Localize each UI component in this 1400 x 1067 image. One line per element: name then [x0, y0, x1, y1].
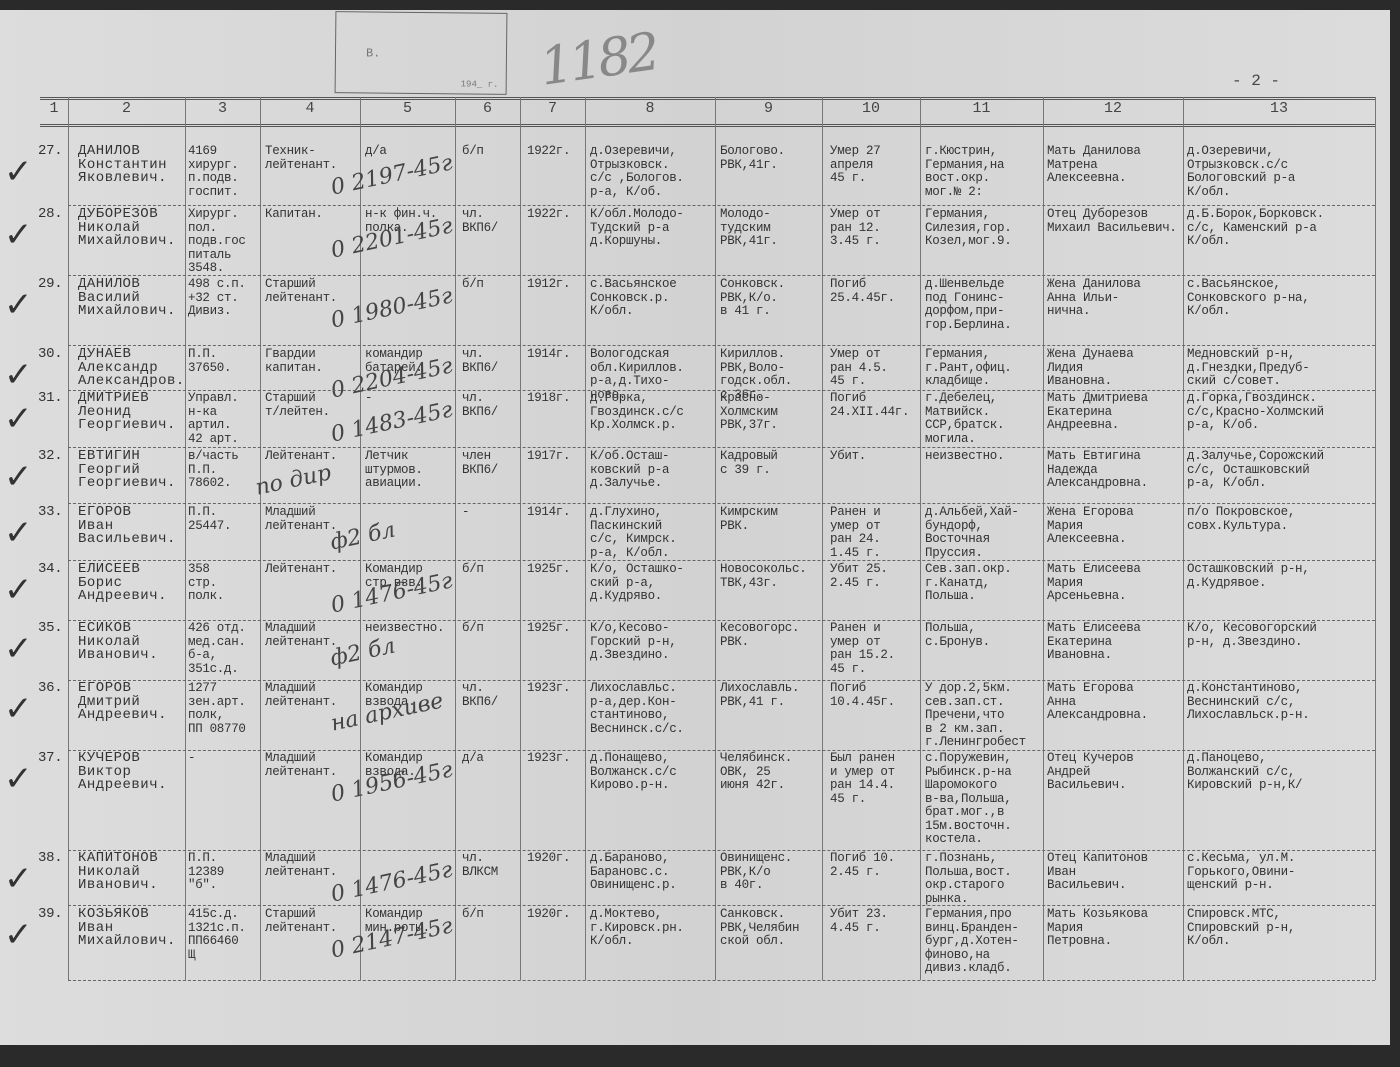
unit-cell: П.П. 37650. — [188, 348, 263, 375]
unit-cell: П.П. 12389 "б". — [188, 852, 263, 893]
birth-year-cell: 1922г. — [527, 208, 585, 222]
draft-office-cell: Лихославль. РВК,41 г. — [720, 682, 822, 709]
check-mark-icon: ✓ — [4, 692, 33, 726]
birthplace-cell: д.Глухино, Паскинский с/с, Кимрск. р-а, … — [590, 506, 718, 560]
party-cell: чл. ВКП6/ — [462, 682, 520, 709]
draft-office-cell: Кадровый с 39 г. — [720, 450, 822, 477]
name-cell: КОЗЬЯКОВ Иван Михайлович. — [78, 908, 188, 949]
birth-year-cell: 1925г. — [527, 622, 585, 636]
birthplace-cell: К/обл.Молодо- Тудский р-а д.Коршуны. — [590, 208, 718, 249]
fate-cell: Погиб 10. 2.45 г. — [830, 852, 922, 879]
check-mark-icon: ✓ — [4, 762, 33, 796]
relative-cell: Мать Елисеева Екатерина Ивановна. — [1047, 622, 1185, 663]
name-cell: КУЧЕРОВ Виктор Андреевич. — [78, 752, 188, 793]
birthplace-cell: д.Горка, Гвоздинск.с/с Кр.Холмск.р. — [590, 392, 718, 433]
birth-year-cell: 1923г. — [527, 752, 585, 766]
fate-cell: Умер от ран 12. 3.45 г. — [830, 208, 922, 249]
party-cell: б/п — [462, 908, 520, 922]
fate-cell: Ранен и умер от ран 15.2. 45 г. — [830, 622, 922, 676]
relative-cell: Мать Дмитриева Екатерина Андреевна. — [1047, 392, 1185, 433]
fate-cell: Умер от ран 4.5. 45 г. — [830, 348, 922, 389]
burial-cell: Германия, Силезия,гор. Козел,мог.9. — [925, 208, 1045, 249]
draft-office-cell: Челябинск. ОВК, 25 июня 42г. — [720, 752, 822, 793]
party-cell: - — [462, 506, 520, 520]
rank-cell: Старший лейтенант. — [265, 908, 360, 935]
col-divider — [455, 97, 456, 980]
birthplace-cell: К/о,Кесово- Горский р-н, д.Звездино. — [590, 622, 718, 663]
name-cell: КАПИТОНОВ Николай Иванович. — [78, 852, 188, 893]
address-cell: Медновский р-н, д.Гнездки,Предуб- ский с… — [1187, 348, 1377, 389]
rank-cell: Младший лейтенант. — [265, 682, 360, 709]
relative-cell: Мать Егорова Анна Александровна. — [1047, 682, 1185, 723]
row-divider — [68, 905, 1375, 906]
address-cell: д.Константиново, Веснинский с/с, Лихосла… — [1187, 682, 1377, 723]
rank-cell: Гвардии капитан. — [265, 348, 360, 375]
check-mark-icon: ✓ — [4, 632, 33, 666]
burial-cell: г.Кюстрин, Германия,на вост.окр. мог.№ 2… — [925, 145, 1045, 199]
party-cell: б/п — [462, 278, 520, 292]
row-number: 30. — [38, 348, 73, 362]
col-divider — [68, 97, 69, 980]
check-mark-icon: ✓ — [4, 918, 33, 952]
col-header-5: 5 — [360, 100, 455, 122]
draft-office-cell: Молодо- тудским РВК,41г. — [720, 208, 822, 249]
row-number: 28. — [38, 208, 73, 222]
party-cell: чл. ВКП6/ — [462, 392, 520, 419]
burial-cell: д.Альбей,Хай- бундорф, Восточная Пруссия… — [925, 506, 1045, 560]
address-cell: с.Кесьма, ул.М. Горького,Овини- щенский … — [1187, 852, 1377, 893]
fate-cell: Убит 25. 2.45 г. — [830, 563, 922, 590]
relative-cell: Жена Егорова Мария Алексеевна. — [1047, 506, 1185, 547]
birth-year-cell: 1920г. — [527, 908, 585, 922]
birthplace-cell: д.Озеревичи, Отрызковск. с/с ,Бологов. р… — [590, 145, 718, 199]
unit-cell: 1277 зен.арт. полк, ПП 08770 — [188, 682, 263, 736]
col-header-2: 2 — [68, 100, 185, 122]
rank-cell: Старший т/лейтен. — [265, 392, 360, 419]
name-cell: ДАНИЛОВ Константин Яковлевич. — [78, 145, 188, 186]
relative-cell: Мать Елисеева Мария Арсеньевна. — [1047, 563, 1185, 604]
col-header-8: 8 — [585, 100, 715, 122]
name-cell: ДАНИЛОВ Василий Михайлович. — [78, 278, 188, 319]
party-cell: чл. ВЛКСМ — [462, 852, 520, 879]
address-cell: д.Горка,Гвоздинск. с/с,Красно-Холмский р… — [1187, 392, 1377, 433]
draft-office-cell: Красно- Холмским РВК,37г. — [720, 392, 822, 433]
birth-year-cell: 1923г. — [527, 682, 585, 696]
rank-cell: Старший лейтенант. — [265, 278, 360, 305]
draft-office-cell: Овинищенс. РВК,К/о в 40г. — [720, 852, 822, 893]
birthplace-cell: д.Бараново, Барановс.с. Овинищенс.р. — [590, 852, 718, 893]
rank-cell: Капитан. — [265, 208, 360, 222]
row-number: 31. — [38, 392, 73, 406]
check-mark-icon: ✓ — [4, 155, 33, 189]
unit-cell: в/часть П.П. 78602. — [188, 450, 263, 491]
birth-year-cell: 1917г. — [527, 450, 585, 464]
row-number: 32. — [38, 450, 73, 464]
party-cell: член ВКП6/ — [462, 450, 520, 477]
address-cell: Спировск.МТС, Спировский р-н, К/обл. — [1187, 908, 1377, 949]
row-number: 37. — [38, 752, 73, 766]
unit-cell: Управл. н-ка артил. 42 арт. — [188, 392, 263, 446]
rank-cell: Младший лейтенант. — [265, 852, 360, 879]
draft-office-cell: Кесовогорс. РВК. — [720, 622, 822, 649]
name-cell: ДУНАЕВ Александр Александров. — [78, 348, 188, 389]
archive-stamp: В. 194_ г. — [335, 11, 508, 95]
relative-cell: Мать Козьякова Мария Петровна. — [1047, 908, 1185, 949]
unit-cell: 4169 хирург. п.подв. госпит. — [188, 145, 263, 199]
address-cell: с.Васьянское, Сонковского р-на, К/обл. — [1187, 278, 1377, 319]
row-number: 34. — [38, 563, 73, 577]
unit-cell: 498 с.п. +32 ст. Дивиз. — [188, 278, 263, 319]
fate-cell: Был ранен и умер от ран 14.4. 45 г. — [830, 752, 922, 806]
address-cell: д.Б.Борок,Борковск. с/с, Каменский р-а К… — [1187, 208, 1377, 249]
fate-cell: Убит 23. 4.45 г. — [830, 908, 922, 935]
row-number: 35. — [38, 622, 73, 636]
draft-office-cell: Новосокольс. ТВК,43г. — [720, 563, 822, 590]
scan-edge — [0, 1045, 200, 1067]
draft-office-cell: Сонковск. РВК,К/о. в 41 г. — [720, 278, 822, 319]
check-mark-icon: ✓ — [4, 862, 33, 896]
address-cell: д.Паноцево, Волжанский с/с, Кировский р-… — [1187, 752, 1377, 793]
row-divider — [68, 447, 1375, 448]
birthplace-cell: д.Моктево, г.Кировск.рн. К/обл. — [590, 908, 718, 949]
position-cell: Летчик штурмов. авиации. — [365, 450, 455, 491]
row-divider — [68, 205, 1375, 206]
col-header-10: 10 — [822, 100, 920, 122]
draft-office-cell: Санковск. РВК,Челябин ской обл. — [720, 908, 822, 949]
birth-year-cell: 1922г. — [527, 145, 585, 159]
check-mark-icon: ✓ — [4, 460, 33, 494]
address-cell: К/о, Кесовогорский р-н, д.Звездино. — [1187, 622, 1377, 649]
name-cell: ДУБОРЕЗОВ Николай Михайлович. — [78, 208, 188, 249]
unit-cell: Хирург. пол. подв.гос питаль 3548. — [188, 208, 263, 276]
col-header-6: 6 — [455, 100, 520, 122]
address-cell: п/о Покровское, совх.Культура. — [1187, 506, 1377, 533]
birthplace-cell: Лихославльс. р-а,дер.Кон- стантиново, Ве… — [590, 682, 718, 736]
row-number: 27. — [38, 145, 73, 159]
check-mark-icon: ✓ — [4, 402, 33, 436]
birth-year-cell: 1914г. — [527, 506, 585, 520]
relative-cell: Мать Евтигина Надежда Александровна. — [1047, 450, 1185, 491]
relative-cell: Жена Дунаева Лидия Ивановна. — [1047, 348, 1185, 389]
relative-cell: Отец Капитонов Иван Васильевич. — [1047, 852, 1185, 893]
col-header-1: 1 — [40, 100, 68, 122]
col-header-7: 7 — [520, 100, 585, 122]
address-cell: Осташковский р-н, д.Кудрявое. — [1187, 563, 1377, 590]
party-cell: чл. ВКП6/ — [462, 348, 520, 375]
burial-cell: Польша, с.Бронув. — [925, 622, 1045, 649]
col-header-13: 13 — [1183, 100, 1375, 122]
row-divider — [68, 275, 1375, 276]
col-header-9: 9 — [715, 100, 822, 122]
row-number: 33. — [38, 506, 73, 520]
birthplace-cell: К/о, Осташко- ский р-а, д.Кудряво. — [590, 563, 718, 604]
row-divider — [68, 980, 1375, 981]
name-cell: ДМИТРИЕВ Леонид Георгиевич. — [78, 392, 188, 433]
position-cell: неизвестно. — [365, 622, 455, 636]
rank-cell: Младший лейтенант. — [265, 752, 360, 779]
row-number: 39. — [38, 908, 73, 922]
rank-cell: Лейтенант. — [265, 563, 360, 577]
burial-cell: неизвестно. — [925, 450, 1045, 464]
stamp-mark: В. — [366, 46, 381, 60]
unit-cell: 358 стр. полк. — [188, 563, 263, 604]
party-cell: чл. ВКП6/ — [462, 208, 520, 235]
row-number: 38. — [38, 852, 73, 866]
party-cell: б/п — [462, 145, 520, 159]
rank-cell: Лейтенант. — [265, 450, 360, 464]
row-number: 29. — [38, 278, 73, 292]
col-divider — [520, 97, 521, 980]
col-divider — [585, 97, 586, 980]
col-header-4: 4 — [260, 100, 360, 122]
fate-cell: Умер 27 апреля 45 г. — [830, 145, 922, 186]
name-cell: ЕСИКОВ Николай Иванович. — [78, 622, 188, 663]
draft-office-cell: Бологово. РВК,41г. — [720, 145, 822, 172]
birthplace-cell: К/об.Осташ- ковский р-а д.Залучье. — [590, 450, 718, 491]
birth-year-cell: 1920г. — [527, 852, 585, 866]
relative-cell: Отец Дуборезов Михаил Васильевич. — [1047, 208, 1185, 235]
name-cell: ЕГОРОВ Дмитрий Андреевич. — [78, 682, 188, 723]
burial-cell: г.Познань, Польша,вост. окр.старого рынк… — [925, 852, 1045, 906]
col-divider — [822, 97, 823, 980]
unit-cell: П.П. 25447. — [188, 506, 263, 533]
burial-cell: Германия,про винц.Бранден- бург,д.Хотен-… — [925, 908, 1045, 976]
row-number: 36. — [38, 682, 73, 696]
col-header-3: 3 — [185, 100, 260, 122]
party-cell: б/п — [462, 622, 520, 636]
fate-cell: Погиб 10.4.45г. — [830, 682, 922, 709]
row-divider — [68, 503, 1375, 504]
burial-cell: с.Поружевин, Рыбинск.р-на Шаромокого в-в… — [925, 752, 1045, 847]
address-cell: д.Озеревичи, Отрызковск.с/с Бологовский … — [1187, 145, 1377, 199]
address-cell: д.Залучье,Сорожский с/с, Осташковский р-… — [1187, 450, 1377, 491]
party-cell: б/п — [462, 563, 520, 577]
relative-cell: Мать Данилова Матрена Алексеевна. — [1047, 145, 1185, 186]
burial-cell: г.Дебелец, Матвийск. ССР,братск. могила. — [925, 392, 1045, 446]
header-bottom-rule — [40, 124, 1375, 127]
check-mark-icon: ✓ — [4, 573, 33, 607]
col-header-12: 12 — [1043, 100, 1183, 122]
burial-cell: д.Шенвельде под Гонинс- дорфом,при- гор.… — [925, 278, 1045, 332]
stamp-year: 194_ г. — [461, 79, 499, 89]
party-cell: д/а — [462, 752, 520, 766]
birthplace-cell: с.Васьянское Сонковск.р. К/обл. — [590, 278, 718, 319]
unit-cell: 415с.д. 1321с.п. ПП66460 Щ — [188, 908, 263, 962]
fate-cell: Погиб 24.XII.44г. — [830, 392, 922, 419]
row-divider — [68, 560, 1375, 561]
page-number: - 2 - — [1232, 72, 1280, 90]
relative-cell: Жена Данилова Анна Ильи- нична. — [1047, 278, 1185, 319]
check-mark-icon: ✓ — [4, 218, 33, 252]
fate-cell: Погиб 25.4.45г. — [830, 278, 922, 305]
check-mark-icon: ✓ — [4, 516, 33, 550]
row-divider — [68, 345, 1375, 346]
unit-cell: - — [188, 752, 263, 766]
relative-cell: Отец Кучеров Андрей Васильевич. — [1047, 752, 1185, 793]
burial-cell: У дор.2,5км. сев.зап.ст. Пречени,что в 2… — [925, 682, 1045, 750]
check-mark-icon: ✓ — [4, 358, 33, 392]
rank-cell: Техник- лейтенант. — [265, 145, 360, 172]
check-mark-icon: ✓ — [4, 288, 33, 322]
name-cell: ЕВТИГИН Георгий Георгиевич. — [78, 450, 188, 491]
col-header-11: 11 — [920, 100, 1043, 122]
birth-year-cell: 1925г. — [527, 563, 585, 577]
birth-year-cell: 1914г. — [527, 348, 585, 362]
draft-office-cell: Кимрским РВК. — [720, 506, 822, 533]
fate-cell: Ранен и умер от ран 24. 1.45 г. — [830, 506, 922, 560]
name-cell: ЕЛИСЕЕВ Борис Андреевич. — [78, 563, 188, 604]
birth-year-cell: 1918г. — [527, 392, 585, 406]
unit-cell: 426 отд. мед.сан. б-а, 351с.д. — [188, 622, 263, 676]
birthplace-cell: д.Понащево, Волжанск.с/с Кирово.р-н. — [590, 752, 718, 793]
name-cell: ЕГОРОВ Иван Васильевич. — [78, 506, 188, 547]
burial-cell: Германия, г.Рант,офиц. кладбище. — [925, 348, 1045, 389]
burial-cell: Сев.зап.окр. г.Канатд, Польша. — [925, 563, 1045, 604]
fate-cell: Убит. — [830, 450, 922, 464]
birth-year-cell: 1912г. — [527, 278, 585, 292]
